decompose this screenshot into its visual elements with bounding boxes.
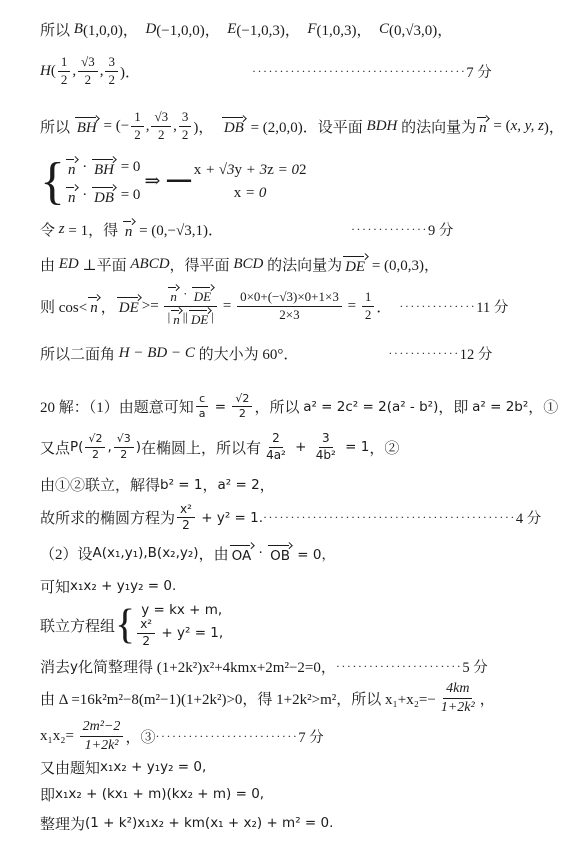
comma: , bbox=[72, 63, 76, 80]
vector-n: n bbox=[65, 185, 79, 207]
dot-leader: ············· bbox=[388, 346, 459, 361]
minus: x bbox=[194, 162, 202, 179]
var-x: + √3 bbox=[201, 162, 234, 179]
fraction-numerator: √3 bbox=[151, 110, 171, 127]
fraction-denominator: 2 bbox=[105, 72, 118, 88]
equals-open: = (− bbox=[100, 118, 129, 135]
text-run: ，得平面 bbox=[170, 254, 234, 275]
dot-leader: ·············· bbox=[351, 222, 428, 237]
tag-2: ，② bbox=[369, 437, 399, 458]
equation: x₁x₂ + y₁y₂ = 0, bbox=[100, 759, 206, 775]
fraction-numerator: 1 bbox=[131, 110, 144, 127]
fraction: √32 bbox=[78, 55, 98, 88]
fraction-numerator: 3 bbox=[179, 110, 192, 127]
paren-close: )． bbox=[120, 61, 140, 82]
fraction-denominator: 4b² bbox=[313, 448, 339, 463]
text-run: 可知 bbox=[40, 576, 70, 597]
text-run: 所以 bbox=[40, 19, 74, 40]
dot-leader: ········································… bbox=[263, 510, 516, 525]
var-x: = 0 bbox=[241, 185, 266, 202]
term: z bbox=[267, 162, 274, 179]
text-run: 整理为 bbox=[40, 813, 85, 834]
equation: x₁x₂ + (kx₁ + m)(kx₂ + m) = 0, bbox=[55, 786, 264, 802]
var-E: E bbox=[227, 21, 236, 38]
text-run: 所以二面角 bbox=[40, 343, 119, 364]
text-run: 由①②联立，解得 bbox=[40, 474, 160, 495]
quadratic-equation: 化简整理得 (1+2k²)x²+4kmx+2m²−2=0， bbox=[78, 656, 336, 677]
var-H: H bbox=[40, 63, 51, 80]
fraction-denominator: 1+2k² bbox=[82, 737, 122, 754]
equation-row: x = 0 bbox=[234, 185, 267, 202]
line-substitution: 即x₁x₂ + (kx₁ + m)(kx₂ + m) = 0, bbox=[40, 783, 548, 805]
fraction-x2-2: x²2 bbox=[177, 503, 195, 534]
fraction-numerator: 2 bbox=[269, 432, 283, 448]
fraction-denominator: 2 bbox=[362, 307, 375, 323]
var-z: = 0 bbox=[274, 162, 299, 179]
text-run: 由 bbox=[40, 254, 59, 275]
vector-n: n bbox=[476, 115, 490, 137]
score-mark-9: 9 分 bbox=[428, 219, 453, 240]
ellipse-rest: + y² = 1, bbox=[157, 625, 223, 641]
fraction-numerator: x² bbox=[177, 503, 195, 519]
var-B: B bbox=[74, 21, 83, 38]
vector-n: n bbox=[167, 285, 180, 305]
vector-OA: OA bbox=[229, 543, 255, 564]
angle-HBDC: H − BD − C bbox=[119, 345, 195, 362]
vector-DB: DB bbox=[91, 185, 117, 207]
fraction: √32 bbox=[151, 110, 171, 143]
vector-value: = (0,−√3,1)． bbox=[135, 219, 223, 240]
left-brace: { bbox=[115, 604, 135, 646]
fraction-eccentricity: ca bbox=[196, 393, 209, 421]
equation-row: x + √3y + 3z = 02 bbox=[194, 162, 307, 179]
score-mark-5: 5 分 bbox=[462, 656, 487, 677]
fraction: √22 bbox=[85, 433, 105, 461]
dot-leader: ·············· bbox=[399, 299, 476, 314]
fraction: 24a² bbox=[263, 432, 289, 463]
vector-value: = (0,0,3)， bbox=[368, 254, 439, 275]
bar: | bbox=[211, 310, 214, 325]
fraction-numerator: 3 bbox=[319, 432, 333, 448]
dot-leader: ·························· bbox=[155, 729, 298, 744]
equals: >= bbox=[142, 298, 163, 315]
line-known-condition: 又由题知x₁x₂ + y₁y₂ = 0, bbox=[40, 756, 548, 778]
fraction-numerator: 1 bbox=[58, 55, 71, 72]
line-solve-ab: 由①②联立，解得b² = 1，a² = 2， bbox=[40, 474, 548, 496]
system-right: x + √3y + 3z = 02 x = 0 bbox=[194, 162, 307, 202]
comma: , bbox=[107, 439, 111, 455]
dot-op: · bbox=[180, 287, 191, 302]
text-run: 在椭圆上，所以有 bbox=[141, 437, 261, 458]
vector-n: n bbox=[65, 157, 79, 179]
fraction-denominator: 2 bbox=[89, 448, 102, 462]
text-run: 联立方程组 bbox=[40, 615, 115, 636]
coords-D: (−1,0,0)， bbox=[156, 19, 227, 40]
tag-1: ，① bbox=[528, 396, 558, 417]
comma: , bbox=[146, 118, 150, 135]
fraction-numerator: x² bbox=[137, 618, 155, 634]
fraction: 32 bbox=[179, 110, 192, 143]
text-run: 又点 bbox=[40, 437, 70, 458]
vector-BH: BH bbox=[74, 115, 100, 137]
var-F: F bbox=[307, 21, 316, 38]
text-run: ，即 bbox=[438, 396, 472, 417]
vector-DE: DE bbox=[342, 254, 368, 276]
line-point-coordinates: 所以 B(1,0,0)， D(−1,0,0)， E(−1,0,3)， F(1,0… bbox=[40, 18, 548, 40]
equation-row: y = kx + m, bbox=[141, 602, 223, 618]
fraction: 32 bbox=[105, 55, 118, 88]
a2-value: a² = 2 bbox=[218, 477, 260, 493]
fraction-denominator: 2 bbox=[236, 407, 249, 421]
vector-n: n bbox=[170, 308, 183, 328]
fraction-numerator: √3 bbox=[114, 433, 134, 448]
text-run: 的法向量为 bbox=[263, 254, 342, 275]
var-ABCD: ABCD bbox=[130, 256, 169, 273]
equation-a2: a² = 2c² = 2(a² - b²) bbox=[303, 399, 438, 415]
score-mark-11: 11 分 bbox=[476, 296, 508, 317]
var-BDH: BDH bbox=[367, 118, 398, 135]
equation-rest: + y² = 1. bbox=[197, 510, 263, 526]
equals-open: = ( bbox=[490, 118, 511, 135]
line-problem20-start: 20 解：（1）由题意可知 ca = √22 ，所以 a² = 2c² = 2(… bbox=[40, 393, 548, 421]
vars-xyz: x, y, z bbox=[511, 118, 544, 135]
vector-DE: DE bbox=[188, 308, 211, 328]
fraction-denominator: 2 bbox=[179, 518, 193, 533]
fraction-numerator: 2m²−2 bbox=[80, 719, 124, 737]
equals: = bbox=[344, 298, 360, 315]
coords-F: (1,0,3)， bbox=[317, 19, 380, 40]
tag-3: ，③ bbox=[125, 726, 155, 747]
left-brace: { bbox=[40, 156, 65, 208]
fraction-denominator: 2 bbox=[82, 72, 95, 88]
equation-row: x²2 + y² = 1, bbox=[135, 618, 223, 649]
score-mark-12: 12 分 bbox=[460, 343, 493, 364]
fraction-denominator: 2 bbox=[179, 127, 192, 143]
discriminant-text: 由 Δ =16k²m²−8(m²−1)(1+2k²)>0，得 1+2k²>m²，… bbox=[40, 688, 436, 709]
fraction-denominator: 2 bbox=[155, 127, 168, 143]
fraction: 34b² bbox=[313, 432, 339, 463]
system-column: y = kx + m, x²2 + y² = 1, bbox=[135, 602, 223, 649]
b2-value: b² = 1 bbox=[160, 477, 202, 493]
line-simplified: 整理为(1 + k²)x₁x₂ + km(x₁ + x₂) + m² = 0. bbox=[40, 812, 548, 834]
line-product-zero: 可知x₁x₂ + y₁y₂ = 0. bbox=[40, 575, 548, 597]
fraction-product-roots: 2m²−21+2k² bbox=[80, 719, 124, 754]
points-AB: A(x₁,y₁),B(x₂,y₂) bbox=[93, 545, 199, 561]
line-simultaneous-system: 联立方程组 { y = kx + m, x²2 + y² = 1, bbox=[40, 602, 548, 649]
equals: = bbox=[219, 298, 235, 315]
text-run: 消去 bbox=[40, 656, 70, 677]
fraction-denominator: 4a² bbox=[263, 448, 289, 463]
fraction-numerator: 4km bbox=[443, 681, 472, 699]
coords-C: (0,√3,0)， bbox=[389, 19, 452, 40]
dot-leader: ······················· bbox=[336, 659, 462, 674]
paren-close: )， bbox=[193, 116, 221, 137]
var-ED: ED bbox=[59, 256, 79, 273]
text-run: 令 bbox=[40, 219, 59, 240]
line-product-roots: x₁x₂= 2m²−21+2k² ，③ ····················… bbox=[40, 719, 548, 754]
plus: + bbox=[291, 439, 311, 455]
text-run: 即 bbox=[40, 784, 55, 805]
fraction-numerator: n · DE bbox=[164, 285, 217, 307]
line-equation: y = kx + m, bbox=[141, 602, 222, 618]
text-run: 20 解：（1）由题意可知 bbox=[40, 396, 194, 417]
line-part2-setup: （2）设A(x₁,y₁),B(x₂,y₂)，由OA · OB = 0， bbox=[40, 542, 548, 564]
comma: , bbox=[173, 118, 177, 135]
equals-zero: 2 bbox=[299, 162, 307, 179]
text-run: （2）设 bbox=[40, 543, 93, 564]
equals-one: = 1 bbox=[341, 439, 369, 455]
fraction-numerator: 1 bbox=[362, 290, 375, 307]
vector-n: n bbox=[87, 295, 101, 317]
fraction-numerator: √2 bbox=[232, 393, 252, 408]
product-lhs: x₁x₂= bbox=[40, 728, 78, 745]
fraction-numeric: 0×0+(−√3)×0+1×32×3 bbox=[237, 290, 342, 323]
fraction: 12 bbox=[131, 110, 144, 143]
fraction-x2-2: x²2 bbox=[137, 618, 155, 649]
term: y bbox=[235, 162, 243, 179]
var-D: D bbox=[145, 21, 156, 38]
score-mark-4: 4 分 bbox=[516, 507, 541, 528]
text-run: 的法向量为 bbox=[397, 116, 476, 137]
text-run: 所以 bbox=[40, 116, 74, 137]
score-mark-7b: 7 分 bbox=[298, 726, 323, 747]
line-DE-normal: 由 ED ⊥平面 ABCD，得平面 BCD 的法向量为DE = (0,0,3)， bbox=[40, 254, 548, 276]
document-page: 所以 B(1,0,0)， D(−1,0,0)， E(−1,0,3)， F(1,0… bbox=[0, 0, 582, 846]
text-run: = (2,0,0)．设平面 bbox=[247, 116, 367, 137]
var-C: C bbox=[379, 21, 389, 38]
dot-op: · bbox=[254, 545, 267, 561]
equals: = bbox=[211, 399, 231, 415]
comma: ， bbox=[101, 296, 116, 317]
line-cosine-computation: 则 cos<n，DE>= n · DE |n||DE| = 0×0+(−√3)×… bbox=[40, 285, 548, 328]
coords-B: (1,0,0)， bbox=[83, 19, 146, 40]
text-run: ，所以 bbox=[254, 396, 303, 417]
var-BCD: BCD bbox=[233, 256, 263, 273]
comma: ， bbox=[260, 474, 275, 495]
fraction-denominator: 1+2k² bbox=[438, 699, 478, 716]
line-equation-system: { n · BH = 0 n · DB = 0 ⇒ − x + √3y + 3z… bbox=[40, 156, 548, 208]
vector-OB: OB bbox=[267, 543, 293, 564]
dot-op: · bbox=[78, 159, 91, 176]
coords-E: (−1,0,3)， bbox=[236, 19, 307, 40]
fraction-numerator: 0×0+(−√3)×0+1×3 bbox=[237, 290, 342, 307]
vector-DE: DE bbox=[116, 295, 142, 317]
implies-arrow: ⇒ bbox=[144, 170, 160, 193]
text-run: = 1，得 bbox=[65, 219, 122, 240]
equation-row: n · DB = 0 bbox=[65, 185, 140, 207]
equals-zero: = 0 bbox=[117, 159, 140, 176]
fraction-denominator: a bbox=[196, 407, 209, 421]
text-run: 又由题知 bbox=[40, 757, 100, 778]
fraction-denominator: |n||DE| bbox=[165, 307, 217, 328]
P-open: P( bbox=[70, 439, 83, 455]
fraction: 12 bbox=[58, 55, 71, 88]
equation: (1 + k²)x₁x₂ + km(x₁ + x₂) + m² = 0. bbox=[85, 815, 333, 831]
line-point-H: H( 12 , √32 , 32 )． ····················… bbox=[40, 55, 548, 88]
text-run: 故所求的椭圆方程为 bbox=[40, 507, 175, 528]
line-dihedral-conclusion: 所以二面角 H − BD − C 的大小为 60°． ·············… bbox=[40, 343, 548, 365]
vector-DB: DB bbox=[221, 115, 247, 137]
period: ． bbox=[376, 296, 391, 317]
fraction-numerator: c bbox=[196, 393, 208, 408]
fraction: √32 bbox=[114, 433, 134, 461]
equals-zero: = 0 bbox=[117, 187, 140, 204]
text-run: ，由 bbox=[199, 543, 229, 564]
vector-BH: BH bbox=[91, 157, 117, 179]
line-quadratic: 消去y化简整理得 (1+2k²)x²+4kmx+2m²−2=0， ·······… bbox=[40, 656, 548, 678]
comma: , bbox=[100, 63, 104, 80]
vector-n: n bbox=[122, 219, 136, 241]
fraction-denominator: 2 bbox=[117, 448, 130, 462]
paren: ( bbox=[51, 63, 56, 80]
comma: ， bbox=[480, 688, 495, 709]
line-ellipse-equation: 故所求的椭圆方程为 x²2 + y² = 1. ················… bbox=[40, 503, 548, 534]
fraction-dot-product: n · DE |n||DE| bbox=[164, 285, 217, 328]
comma: ， bbox=[202, 474, 217, 495]
fraction-denominator: 2 bbox=[131, 127, 144, 143]
line-discriminant: 由 Δ =16k²m²−8(m²−1)(1+2k²)>0，得 1+2k²>m²，… bbox=[40, 681, 548, 716]
fraction-denominator: 2 bbox=[139, 634, 153, 649]
fraction-numerator: √3 bbox=[78, 55, 98, 72]
fraction-numerator: √2 bbox=[85, 433, 105, 448]
line-normal-vector-result: 令 z = 1，得 n = (0,−√3,1)． ·············· … bbox=[40, 219, 548, 241]
var-y: y bbox=[70, 659, 78, 675]
equation-row: n · BH = 0 bbox=[65, 157, 140, 179]
line-point-P: 又点P( √22 , √32 )在椭圆上，所以有 24a² + 34b² = 1… bbox=[40, 432, 548, 463]
fraction-sum-roots: 4km1+2k² bbox=[438, 681, 478, 716]
equation-a2-2b2: a² = 2b² bbox=[472, 399, 528, 415]
fraction-result: 12 bbox=[362, 290, 375, 323]
fraction-denominator: 2×3 bbox=[276, 307, 302, 323]
coef: x bbox=[234, 185, 242, 202]
dot-op: · bbox=[78, 187, 91, 204]
paren-close: )， bbox=[544, 116, 564, 137]
dot-leader: ······································· bbox=[252, 64, 466, 79]
system-left: n · BH = 0 n · DB = 0 bbox=[65, 157, 140, 207]
fraction-numerator: 3 bbox=[105, 55, 118, 72]
fraction-sqrt2-2: √22 bbox=[232, 393, 252, 421]
text-run: ⊥平面 bbox=[79, 254, 131, 275]
left-brace: − bbox=[164, 156, 193, 208]
text-run: 则 cos< bbox=[40, 296, 87, 317]
line-vectors-BH-DB: 所以 BH = (− 12 , √32 , 32 )， DB = (2,0,0)… bbox=[40, 110, 548, 143]
text-run: 的大小为 60°． bbox=[195, 343, 299, 364]
vector-DE: DE bbox=[191, 285, 214, 305]
var-y: + 3 bbox=[242, 162, 267, 179]
score-mark-7: 7 分 bbox=[466, 61, 491, 82]
equation: x₁x₂ + y₁y₂ = 0. bbox=[70, 578, 176, 594]
fraction-denominator: 2 bbox=[58, 72, 71, 88]
equals-zero: = 0， bbox=[293, 543, 335, 563]
